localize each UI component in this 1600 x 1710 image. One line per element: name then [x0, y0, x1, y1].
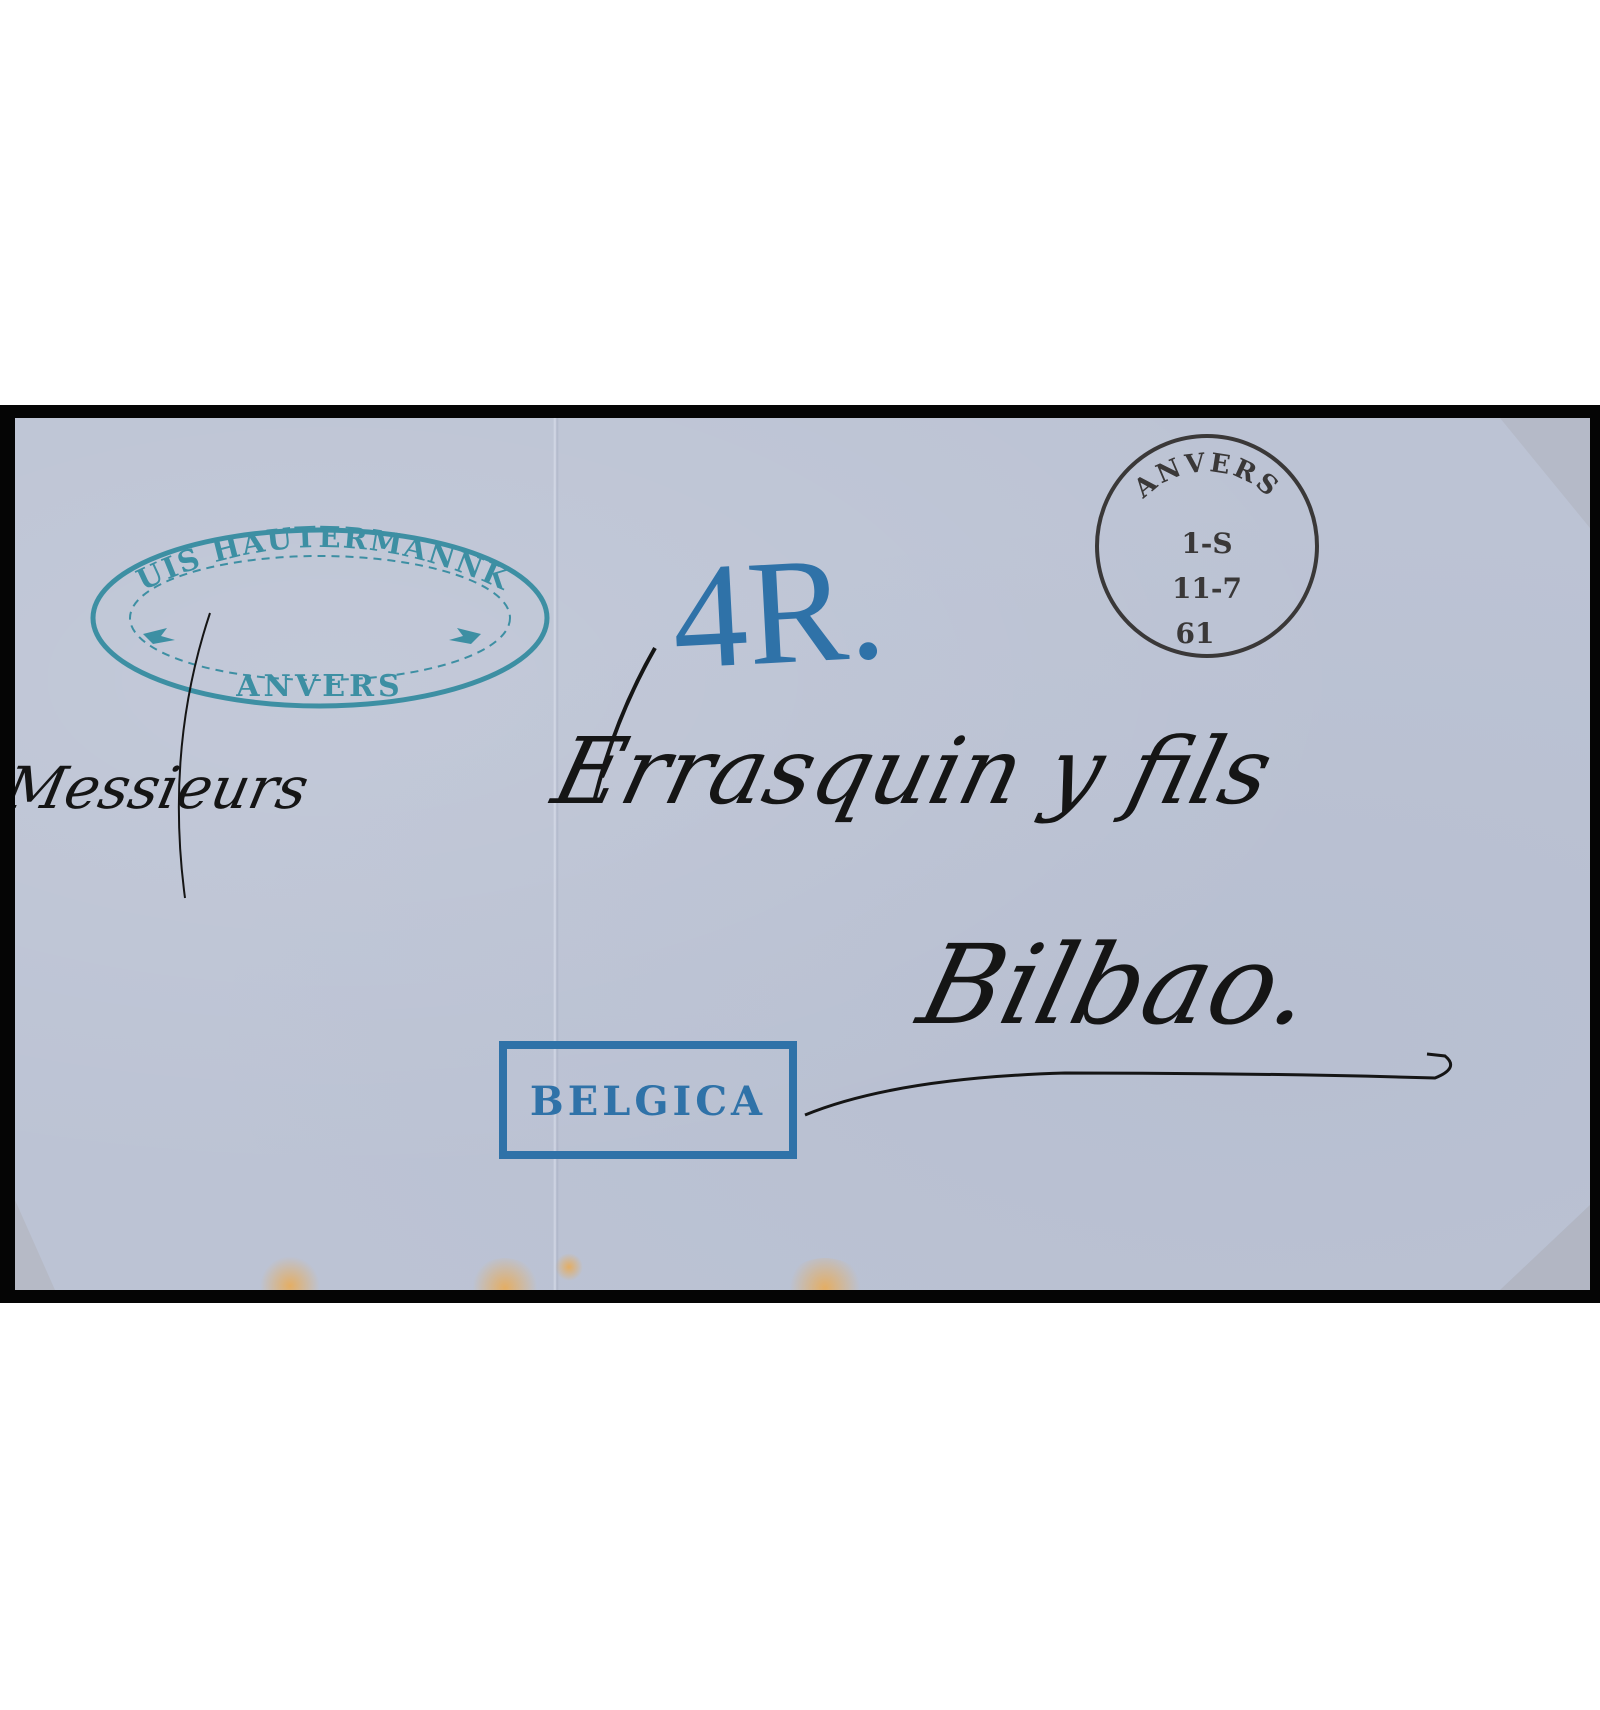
addressee-text: Errasquin y fils [541, 718, 1282, 825]
postmark-city: ANVERS [1128, 448, 1286, 505]
city-text: Bilbao. [906, 922, 1326, 1050]
city-underline [805, 1054, 1451, 1115]
rate-mark: 4R. [668, 524, 889, 701]
envelope-cover: LOUIS HAUTERMANNKER ANVERS 4R. ANVERS 1-… [15, 418, 1590, 1290]
cachet-city-text: ANVERS [235, 669, 403, 704]
postmark-year: 61 [1176, 617, 1215, 650]
sender-cachet-ornament [143, 628, 481, 644]
origin-text: BELGICA [530, 1078, 766, 1125]
cachet-name-text: LOUIS HAUTERMANNKER [15, 418, 516, 597]
postmark-date: 11-7 [1172, 572, 1242, 605]
salutation-text: Messieurs [15, 755, 314, 822]
postmark-time: 1-S [1181, 527, 1232, 560]
